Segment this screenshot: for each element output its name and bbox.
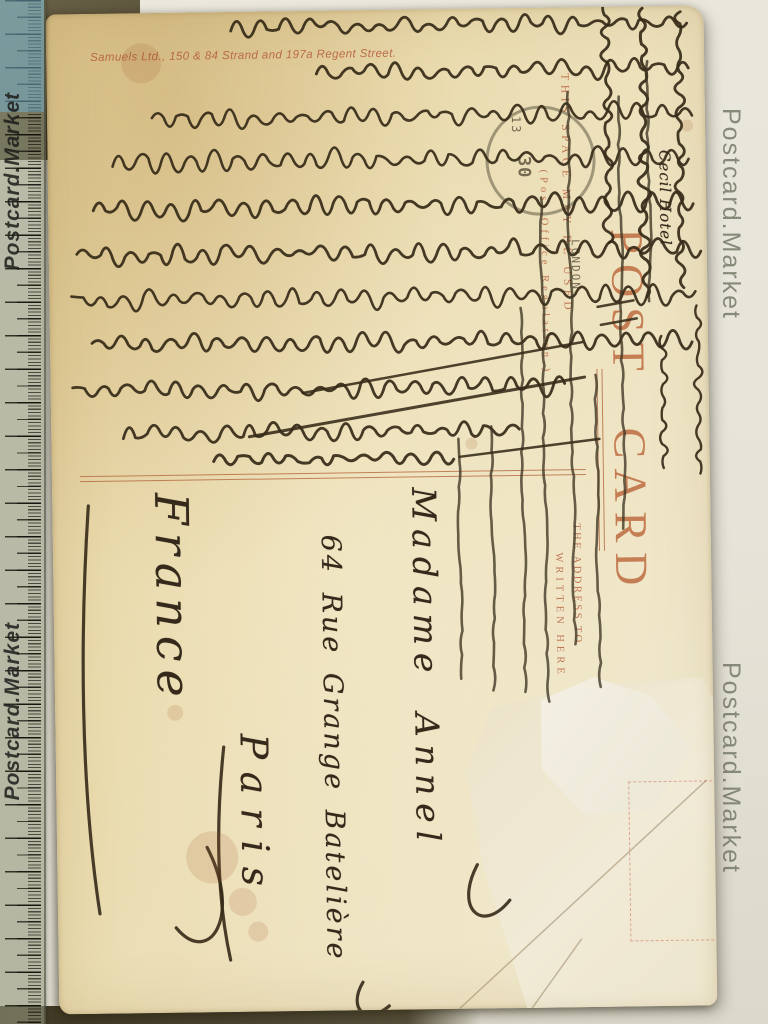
postmark-year: 30 xyxy=(513,156,533,179)
publisher-imprint: Samuels Ltd., 150 & 84 Strand and 197a R… xyxy=(90,45,560,64)
watermark-ruler-top: Postcard.Market xyxy=(1,92,25,270)
handwritten-hotel-note: Cecil Hotel xyxy=(655,150,674,246)
address-panel-line-2: WRITTEN HERE xyxy=(553,552,566,677)
watermark-right-bottom: Postcard.Market xyxy=(716,662,745,874)
handwritten-country: France xyxy=(144,492,201,705)
handwritten-street: 64 Rue Grange Batelière xyxy=(315,534,352,961)
postcard-back: Samuels Ltd., 150 & 84 Strand and 197a R… xyxy=(45,5,717,1014)
printed-divider-line xyxy=(80,469,586,482)
photo-of-postcard: { "watermarks": { "ruler_top": "Postcard… xyxy=(0,0,768,1024)
measuring-ruler: Postcard.Market Postcard.Market xyxy=(0,0,46,1024)
handwritten-recipient: Madame Annel xyxy=(404,487,448,850)
postmark-circle xyxy=(485,105,597,217)
watermark-ruler-bottom: Postcard.Market xyxy=(1,622,25,800)
watermark-right-top: Postcard.Market xyxy=(716,108,745,320)
handwritten-city: Paris xyxy=(232,733,278,900)
stamp-box-outline xyxy=(628,780,717,941)
address-panel-line-1: THE ADDRESS TO xyxy=(571,523,584,645)
postmark-city: LONDON xyxy=(569,239,583,291)
post-card-title: POST CARD xyxy=(600,228,658,596)
postmark-date: 13 xyxy=(509,116,523,135)
